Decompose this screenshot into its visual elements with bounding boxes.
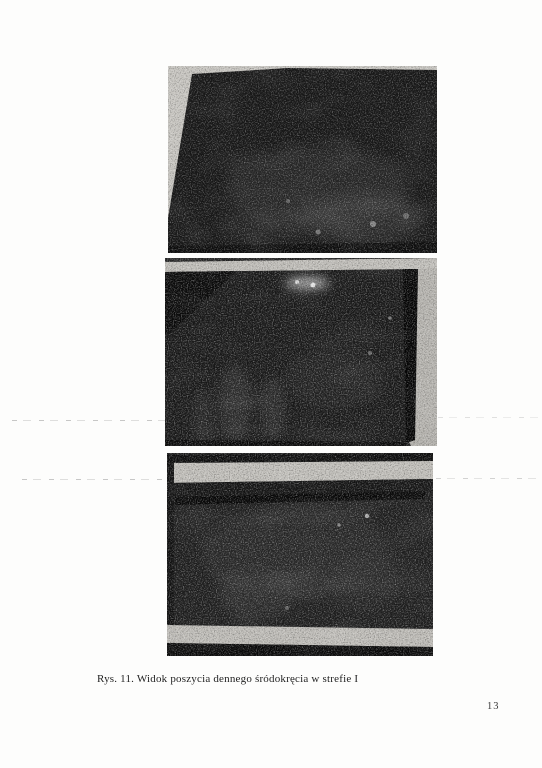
figure-caption: Rys. 11. Widok poszycia dennego śródokrę…	[97, 673, 358, 685]
photo-middle-image	[165, 258, 437, 446]
page-number: 13	[487, 701, 500, 712]
photo-bottom-plating-middle	[165, 258, 437, 446]
scan-artifact-line	[12, 420, 166, 421]
scan-artifact-line	[438, 417, 538, 418]
photo-bottom-plating-bottom	[167, 453, 433, 656]
scan-artifact-line	[22, 479, 166, 480]
photo-top-image	[168, 66, 437, 253]
scanned-document-page: Rys. 11. Widok poszycia dennego śródokrę…	[0, 0, 542, 768]
scan-artifact-line	[436, 478, 538, 479]
photo-bottom-plating-top	[168, 66, 437, 253]
photo-bottom-image	[167, 453, 433, 656]
